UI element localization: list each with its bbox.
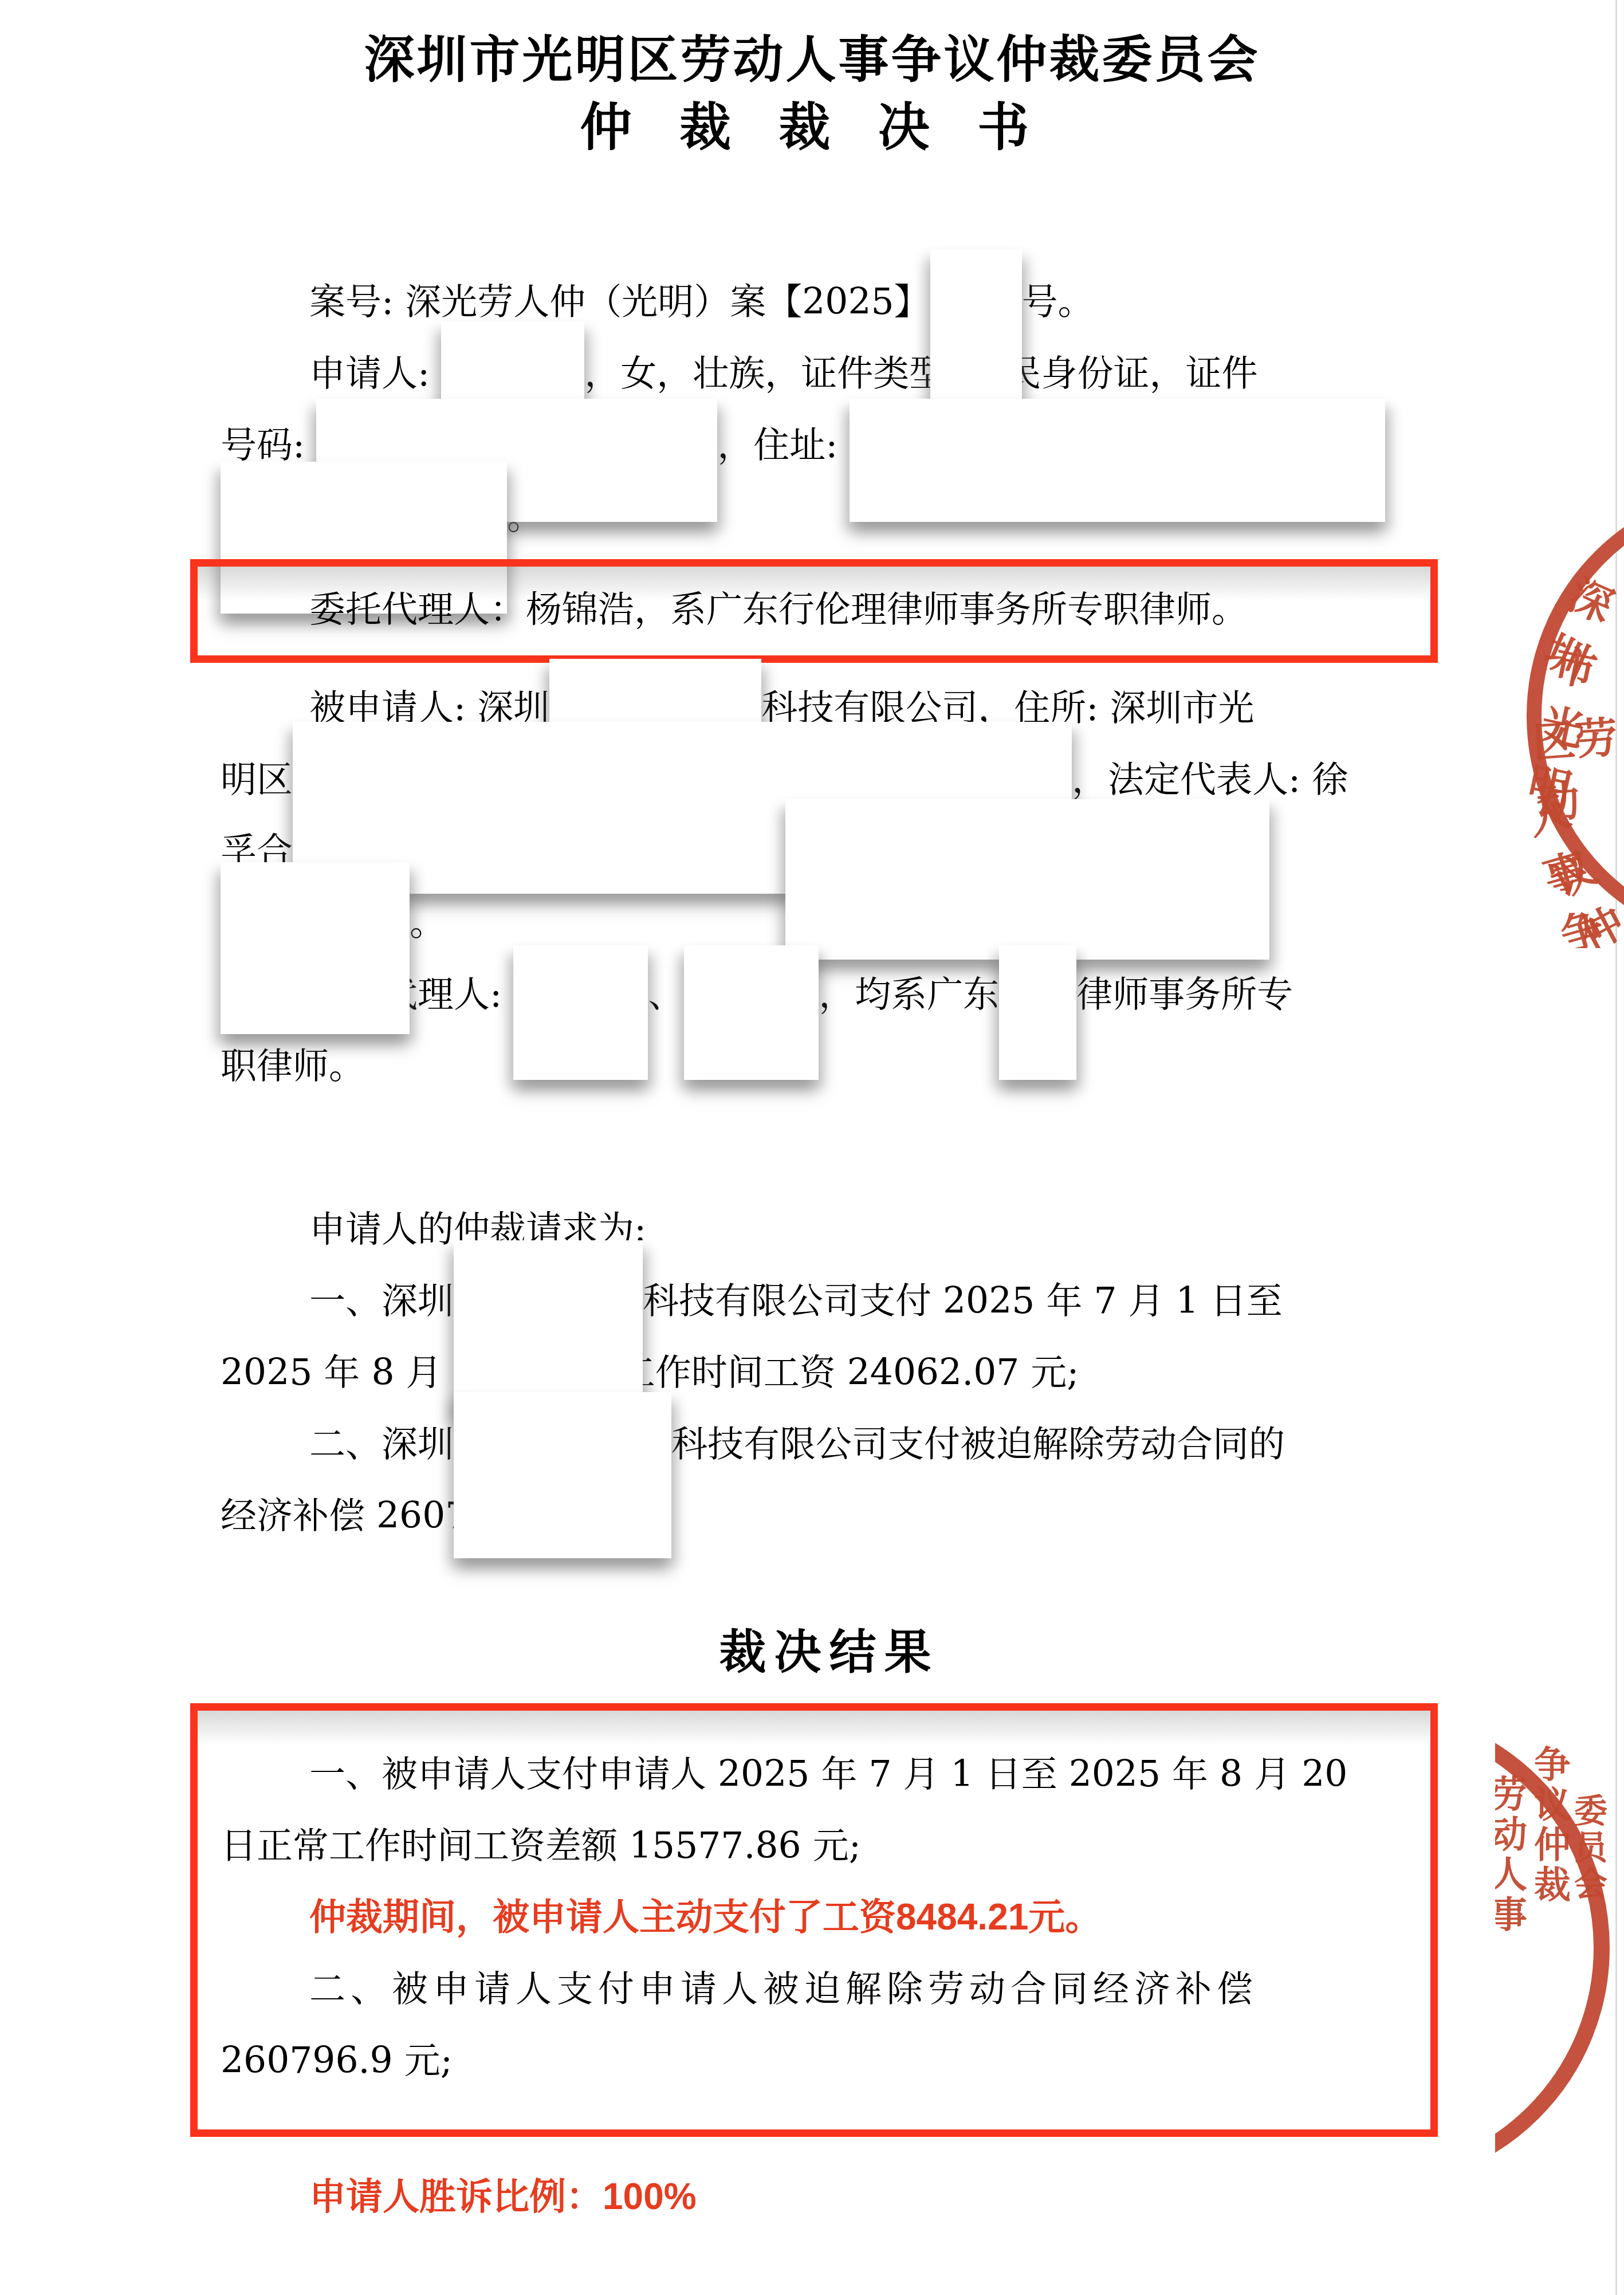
agent2-firm-suffix: 律师事务所专 <box>1076 973 1293 1015</box>
idno-label: 号码: <box>221 424 305 466</box>
annotation-box-agent: 委托代理人：杨锦浩，系广东行伦理律师事务所专职律师。 <box>190 559 1438 663</box>
case-number-text: 案号: 深光劳人仲（光明）案【2025】 <box>309 281 930 323</box>
applicant-info: ，女，壮族，证件类型: 公民身份证，证件 <box>584 352 1257 394</box>
committee-title: 深圳市光明区劳动人事争议仲裁委员会 <box>0 27 1624 91</box>
agent-text: 委托代理人：杨锦浩，系广东行伦理律师事务所专职律师。 <box>309 588 1248 630</box>
award1-line2: 日正常工作时间工资差额 15577.86 元; <box>221 1810 1426 1881</box>
redaction-box <box>785 834 1269 868</box>
separator: 、 <box>648 973 684 1015</box>
award2-line1: 二、被申请人支付申请人被迫解除劳动合同经济补偿 <box>221 1953 1426 2025</box>
redaction-box <box>999 977 1076 1011</box>
redaction-box <box>441 356 584 390</box>
request1-continuation: 2025 年 8 月 20 日正常工作时间工资 24062.07 元; <box>221 1351 1079 1393</box>
request-heading-line: 申请人的仲裁请求为: <box>221 1193 1438 1265</box>
award2-line2: 260796.9 元; <box>221 2025 1426 2096</box>
respondent-agent-line2: 职律师。 <box>221 1030 1438 1102</box>
request2-prefix: 二、深圳 <box>309 1423 454 1465</box>
award-note-line: 仲裁期间，被申请人主动支付了工资8484.21元。 <box>221 1881 1426 1953</box>
document-body: 案号: 深光劳人仲（光明）案【2025】号。 申请人: ，女，壮族，证件类型: … <box>0 266 1624 2233</box>
award1-line1: 一、被申请人支付申请人 2025 年 7 月 1 日至 2025 年 8 月 2… <box>221 1738 1426 1810</box>
document-title: 仲 裁 裁 决 书 <box>0 95 1624 160</box>
legal-rep-text: ，法定代表人: 徐 <box>1072 759 1348 800</box>
win-rate-line: 申请人胜诉比例：100% <box>221 2161 1438 2233</box>
award1-text: 一、被申请人支付申请人 2025 年 7 月 1 日至 2025 年 8 月 2… <box>309 1753 1347 1795</box>
request2-text: 科技有限公司支付被迫解除劳动合同的 <box>671 1423 1285 1465</box>
award2-text: 二、被申请人支付申请人被迫解除劳动合同经济补偿 <box>309 1968 1258 2010</box>
agent2-continuation: 职律师。 <box>221 1045 365 1087</box>
request2-line2: 经济补偿 260796.9 元; <box>221 1480 1438 1551</box>
annotation-box-award: 一、被申请人支付申请人 2025 年 7 月 1 日至 2025 年 8 月 2… <box>190 1703 1438 2137</box>
award-note-text: 仲裁期间，被申请人主动支付了工资8484.21元。 <box>309 1896 1102 1938</box>
case-number-suffix: 号。 <box>1022 281 1094 323</box>
request1-line1: 一、深圳科技有限公司支付 2025 年 7 月 1 日至 <box>221 1265 1438 1337</box>
arbitration-award-document: 深圳 市光明 区劳动 人事争 议仲 劳动人事 争议仲裁 委员会 深圳市光明区劳动… <box>0 0 1624 2295</box>
award2-continuation: 260796.9 元; <box>221 2039 453 2081</box>
agent2-firm-prefix: ，均系广东 <box>819 973 999 1015</box>
redaction-box <box>221 905 410 940</box>
request1-prefix: 一、深圳 <box>309 1280 454 1322</box>
win-rate-text: 申请人胜诉比例：100% <box>309 2176 697 2217</box>
case-number-line: 案号: 深光劳人仲（光明）案【2025】号。 <box>221 266 1438 337</box>
redaction-box <box>549 690 761 725</box>
redaction-box <box>513 977 648 1011</box>
redaction-box <box>684 977 819 1011</box>
result-heading: 裁决结果 <box>221 1623 1438 1682</box>
applicant-label: 申请人: <box>309 352 430 394</box>
agent-line-highlighted: 委托代理人：杨锦浩，系广东行伦理律师事务所专职律师。 <box>198 573 1430 645</box>
redaction-box <box>293 762 1072 796</box>
redaction-box <box>316 427 717 462</box>
redaction-box <box>221 499 507 533</box>
redaction-box <box>454 1426 671 1461</box>
request2-line1: 二、深圳科技有限公司支付被迫解除劳动合同的 <box>221 1408 1438 1480</box>
address-label: ，住址: <box>717 424 837 466</box>
district-text: 明区 <box>221 759 293 800</box>
award1-continuation: 日正常工作时间工资差额 15577.86 元; <box>221 1825 861 1866</box>
redaction-box <box>850 427 1385 462</box>
redaction-box <box>930 284 1022 319</box>
request1-text: 科技有限公司支付 2025 年 7 月 1 日至 <box>643 1280 1283 1322</box>
request1-line2: 2025 年 8 月 20 日正常工作时间工资 24062.07 元; <box>221 1337 1438 1408</box>
sentence-period: 。 <box>410 902 446 944</box>
redaction-box <box>454 1283 643 1318</box>
